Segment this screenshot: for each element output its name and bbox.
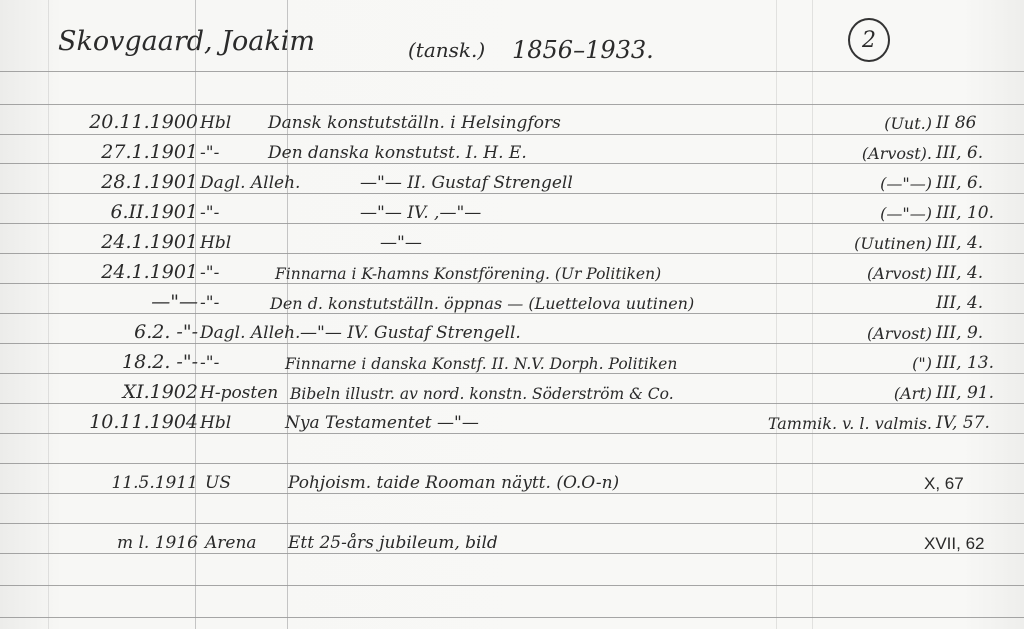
ruled-line xyxy=(0,585,1024,586)
entry-ref: XVII, 62 xyxy=(924,535,984,552)
entry-title: —"— II. Gustaf Strengell xyxy=(360,175,573,192)
entry-date: 24.1.1901 xyxy=(101,263,198,282)
card-number: 2 xyxy=(848,18,890,62)
entry-row: 10.11.1904 Hbl Nya Testamentet —"— Tammi… xyxy=(0,406,1024,436)
entry-date: —"— xyxy=(151,293,198,312)
entry-ref: III, 4. xyxy=(936,235,983,252)
entry-note: (—"—) xyxy=(880,206,932,222)
entry-source: -"- xyxy=(200,145,219,162)
entry-note: (—"—) xyxy=(880,176,932,192)
entry-ref: III, 4. xyxy=(936,295,983,312)
entry-row: —"— -"- Den d. konstutställn. öppnas — (… xyxy=(0,286,1024,316)
entry-ref: III, 10. xyxy=(936,205,994,222)
entry-title: Dansk konstutställn. i Helsingfors xyxy=(268,115,561,132)
entry-title: —"— IV. Gustaf Strengell. xyxy=(300,325,521,342)
entry-ref: IV, 57. xyxy=(936,415,990,432)
entry-title: Finnarna i K-hamns Konstförening. (Ur Po… xyxy=(275,267,661,283)
entry-source: Hbl xyxy=(200,415,231,432)
entry-ref: III, 9. xyxy=(936,325,983,342)
ruled-line xyxy=(0,104,1024,105)
ruled-line xyxy=(0,523,1024,524)
entry-source: Hbl xyxy=(200,235,231,252)
entry-date: 10.11.1904 xyxy=(89,413,198,432)
entry-note: (") xyxy=(912,356,932,372)
entry-source: -"- xyxy=(200,265,219,282)
entry-title: —"— xyxy=(380,235,422,252)
entry-source: Dagl. Alleh. xyxy=(200,175,300,192)
entry-row: 20.11.1900 Hbl Dansk konstutställn. i He… xyxy=(0,106,1024,136)
entry-title: Den d. konstutställn. öppnas — (Luettelo… xyxy=(270,296,694,312)
entry-note: (Uutinen) xyxy=(854,236,932,252)
entry-ref: X, 67 xyxy=(924,475,964,492)
entry-ref: III, 6. xyxy=(936,145,983,162)
entry-ref: III, 91. xyxy=(936,385,994,402)
catalog-card: Skovgaard, Joakim (tansk.) 1856–1933. 2 … xyxy=(0,0,1024,629)
entry-date: 6.2. -"- xyxy=(134,323,198,342)
entry-title: Den danska konstutst. I. H. E. xyxy=(268,145,527,162)
entry-row: 27.1.1901 -"- Den danska konstutst. I. H… xyxy=(0,136,1024,166)
entry-source: H-posten xyxy=(200,385,278,402)
entry-title: Nya Testamentet —"— xyxy=(285,415,479,432)
entry-note: (Arvost) xyxy=(867,326,932,342)
entry-row: 6.2. -"- Dagl. Alleh. —"— IV. Gustaf Str… xyxy=(0,316,1024,346)
entry-date: 28.1.1901 xyxy=(101,173,198,192)
entry-date: XI.1902 xyxy=(123,383,198,402)
entry-title: —"— IV. ,—"— xyxy=(360,205,481,222)
entry-title: Finnarne i danska Konstf. II. N.V. Dorph… xyxy=(285,357,677,373)
entry-date: 6.II.1901 xyxy=(110,203,198,222)
entry-row: 24.1.1901 -"- Finnarna i K-hamns Konstfö… xyxy=(0,256,1024,286)
ruled-line xyxy=(0,617,1024,618)
entry-date: m l. 1916 xyxy=(117,535,198,552)
entry-row: 18.2. -"- -"- Finnarne i danska Konstf. … xyxy=(0,346,1024,376)
entry-row: 11.5.1911 US Pohjoism. taide Rooman näyt… xyxy=(0,466,1024,496)
entry-ref: II 86 xyxy=(936,115,976,132)
entry-source: US xyxy=(205,475,231,492)
life-years: 1856–1933. xyxy=(512,38,654,62)
entry-source: -"- xyxy=(200,295,219,312)
entry-source: -"- xyxy=(200,205,219,222)
nationality: (tansk.) xyxy=(408,40,485,60)
entry-date: 24.1.1901 xyxy=(101,233,198,252)
entry-source: Hbl xyxy=(200,115,231,132)
entry-date: 27.1.1901 xyxy=(101,143,198,162)
entry-ref: III, 13. xyxy=(936,355,994,372)
entry-ref: III, 4. xyxy=(936,265,983,282)
entry-row: 6.II.1901 -"- —"— IV. ,—"— (—"—) III, 10… xyxy=(0,196,1024,226)
entry-title: Ett 25-års jubileum, bild xyxy=(288,535,498,552)
entry-note: (Arvost). xyxy=(862,146,932,162)
entry-date: 11.5.1911 xyxy=(111,475,198,492)
artist-name: Skovgaard, Joakim xyxy=(58,28,315,55)
entry-note: Tammik. v. l. valmis. xyxy=(768,416,932,432)
entry-note: (Arvost) xyxy=(867,266,932,282)
entry-ref: III, 6. xyxy=(936,175,983,192)
entry-note: (Uut.) xyxy=(884,116,932,132)
entry-title: Bibeln illustr. av nord. konstn. Söderst… xyxy=(290,387,674,403)
entry-row: 28.1.1901 Dagl. Alleh. —"— II. Gustaf St… xyxy=(0,166,1024,196)
entry-row: XI.1902 H-posten Bibeln illustr. av nord… xyxy=(0,376,1024,406)
ruled-line xyxy=(0,463,1024,464)
entry-title: Pohjoism. taide Rooman näytt. (O.O-n) xyxy=(288,475,619,492)
entry-source: Arena xyxy=(205,535,257,552)
entry-note: (Art) xyxy=(894,386,932,402)
entry-row: 24.1.1901 Hbl —"— (Uutinen) III, 4. xyxy=(0,226,1024,256)
entry-date: 18.2. -"- xyxy=(122,353,198,372)
ruled-line xyxy=(0,71,1024,72)
entry-row: m l. 1916 Arena Ett 25-års jubileum, bil… xyxy=(0,526,1024,556)
entry-source: Dagl. Alleh. xyxy=(200,325,300,342)
entry-date: 20.11.1900 xyxy=(89,113,198,132)
entry-source: -"- xyxy=(200,355,219,372)
